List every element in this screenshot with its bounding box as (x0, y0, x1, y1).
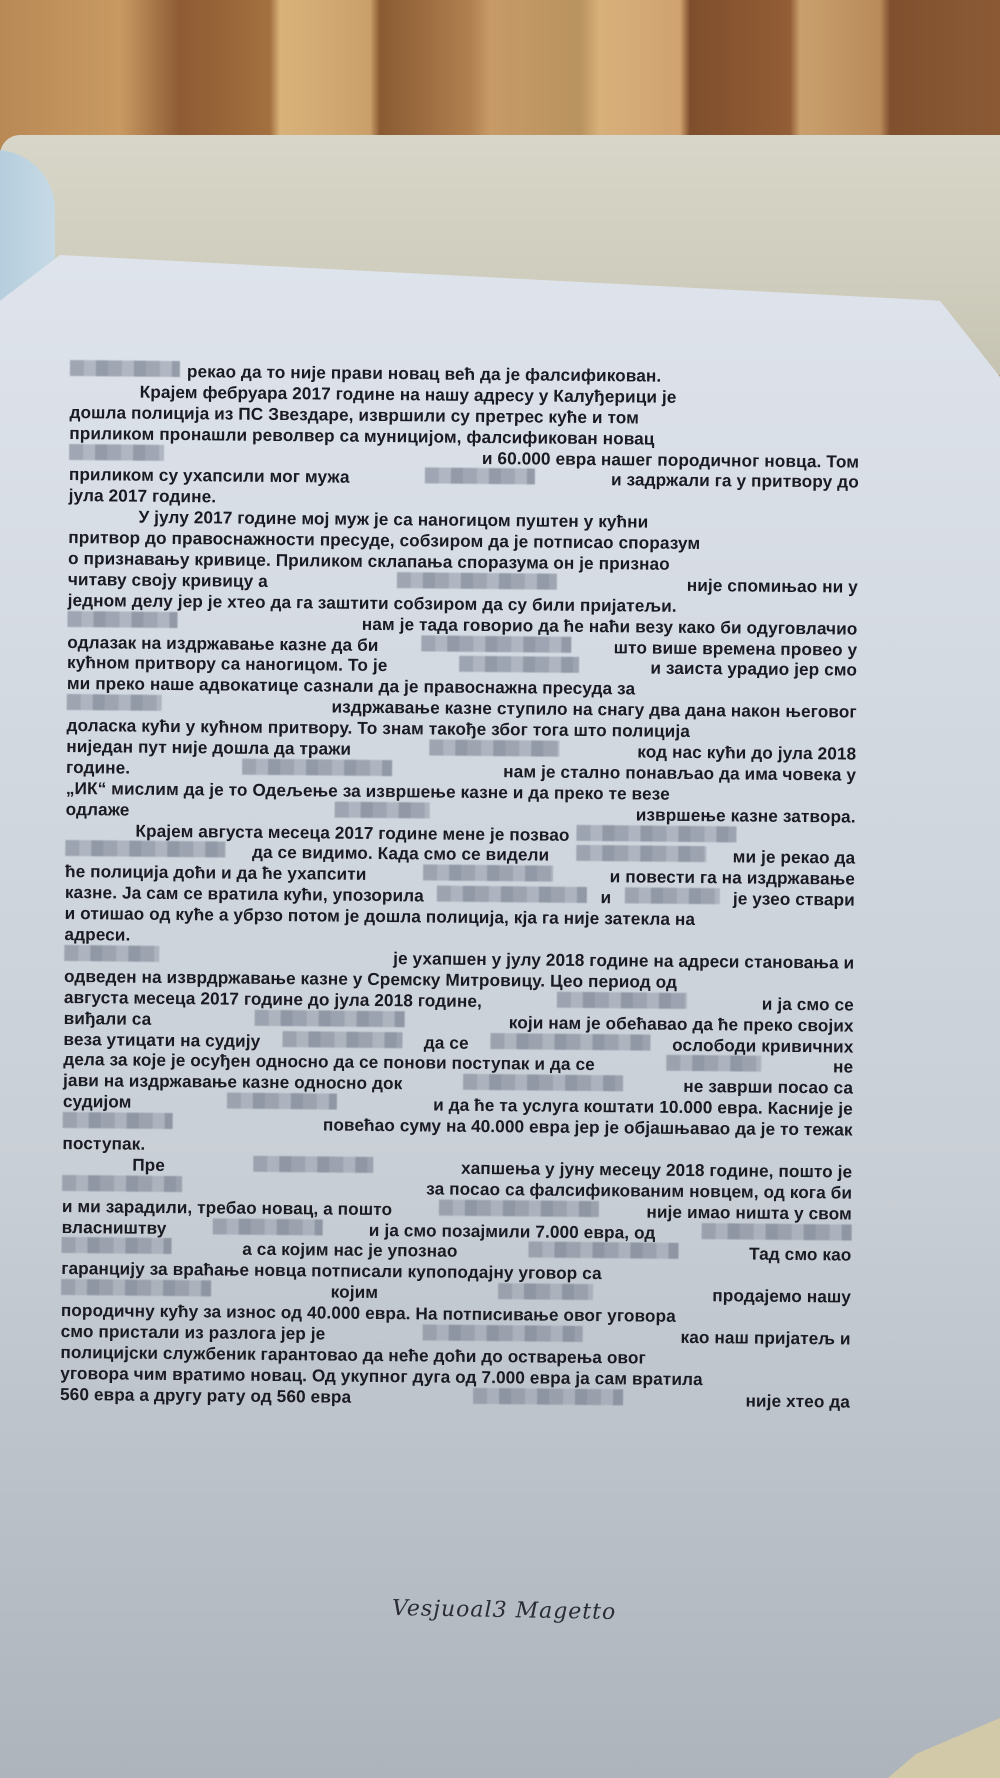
redacted-name (473, 1388, 623, 1405)
line-text: није имао ништа у свом (646, 1201, 852, 1224)
redacted-name (702, 1223, 852, 1240)
line-text: одлазак на издржавање казне да би (67, 632, 378, 656)
redacted-name (70, 360, 180, 377)
line-text: а са којим нас је упознао (242, 1239, 457, 1262)
line-text: и 60.000 евра нашег породичног новца. То… (482, 448, 859, 473)
redacted-name (423, 1324, 583, 1342)
redacted-name (213, 1218, 323, 1235)
handwritten-signature: Vesjuoal3 Magetto (392, 1596, 617, 1625)
redacted-name (397, 572, 557, 590)
redacted-name (421, 635, 571, 652)
redacted-name (67, 694, 162, 711)
line-text: ниједан пут није дошла да тражи (66, 736, 351, 760)
line-text: којим (331, 1282, 379, 1303)
line-text: и задржали га у притвору до (611, 470, 859, 493)
line-text: није спомињао ни у (687, 575, 858, 598)
line-text: виђали са (64, 1008, 152, 1030)
redacted-name (62, 1175, 182, 1192)
line-text: и ја смо позајмили 7.000 евра, од (369, 1219, 656, 1243)
line-text: смо пристали из разлога јер је (61, 1321, 326, 1344)
line-text: да се (424, 1032, 469, 1053)
redacted-name (65, 840, 225, 858)
redacted-name (255, 1009, 405, 1026)
redacted-name (437, 886, 587, 903)
redacted-name (429, 739, 559, 756)
redacted-name (528, 1242, 678, 1259)
redacted-name (242, 759, 392, 776)
redacted-name (490, 1033, 650, 1051)
redacted-name (282, 1031, 402, 1048)
line-text: да се видимо. Када смо се видели (252, 842, 549, 866)
redacted-name (69, 444, 164, 461)
redacted-name (63, 1112, 173, 1129)
line-text: јула 2017 године. (69, 485, 217, 507)
redacted-name (61, 1279, 211, 1296)
redacted-name (459, 656, 579, 673)
line-text: не (833, 1057, 853, 1078)
line-text: веза утицати на судију (63, 1028, 260, 1051)
line-text: приликом су ухапсили мог мужа (69, 464, 350, 488)
redacted-name (61, 1237, 171, 1254)
line-text: као наш пријатељ и (681, 1327, 851, 1350)
line-text: судијом (63, 1091, 132, 1113)
redacted-name (463, 1074, 623, 1092)
line-text: ми је рекао да (733, 847, 856, 869)
line-text: код нас кући до јула 2018 (637, 741, 856, 764)
line-text: адреси. (64, 924, 130, 946)
line-text: власништву (62, 1216, 167, 1238)
line-text: извршење казне затвора. (636, 804, 856, 827)
line-text: продајемо нашу (712, 1285, 851, 1307)
line-text: и заиста урадио јер смо (650, 658, 857, 681)
line-text: што више времена провео у (614, 637, 858, 660)
redacted-name (498, 1283, 593, 1300)
redacted-name (557, 991, 687, 1008)
document-body: рекао да то није прави новац већ да је ф… (60, 360, 860, 1412)
line-text: одлаже (66, 799, 130, 821)
line-text: и (600, 887, 611, 908)
line-text: ослободи кривичних (672, 1034, 853, 1057)
redacted-name (666, 1055, 761, 1072)
line-text: и ја смо се (762, 993, 854, 1015)
line-text: Пре (132, 1154, 165, 1175)
line-text: Тад смо као (749, 1244, 852, 1266)
line-text: није хтео да (745, 1390, 850, 1412)
line-text: ће полиција доћи и да ће ухапсити (65, 861, 367, 885)
line-text: је узео ствари (733, 889, 855, 911)
line-text: године. (66, 757, 130, 779)
redacted-name (625, 888, 720, 905)
redacted-name (253, 1156, 373, 1173)
line-text: 560 евра а другу рату од 560 евра (60, 1384, 351, 1408)
redacted-name (335, 801, 430, 818)
redacted-name (576, 824, 736, 842)
line-text: поступак. (62, 1133, 145, 1155)
redacted-name (67, 611, 177, 628)
line-text: не заврши посао са (683, 1076, 853, 1099)
redacted-name (423, 865, 553, 882)
redacted-name (227, 1093, 337, 1110)
redacted-name (425, 468, 535, 485)
redacted-name (576, 845, 706, 862)
line-text: читаву своју кривицу а (68, 569, 268, 592)
line-text: и повести га на издржавање (610, 867, 856, 890)
redacted-name (64, 945, 159, 962)
redacted-name (439, 1199, 599, 1217)
